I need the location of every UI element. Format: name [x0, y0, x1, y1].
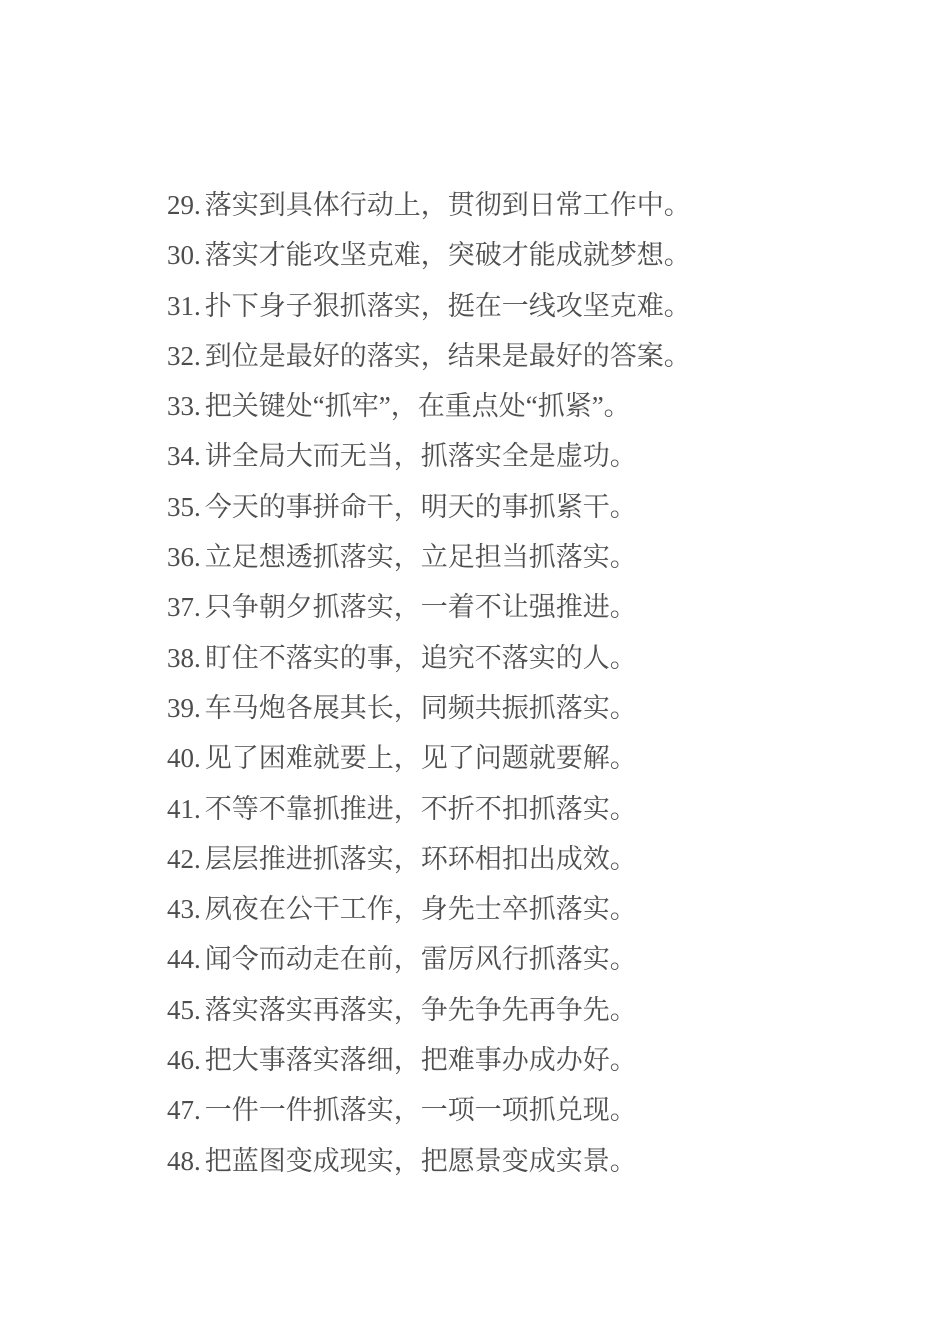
item-text: 今天的事拼命干，明天的事抓紧干。: [205, 492, 637, 522]
item-number: 41.: [167, 794, 201, 824]
list-item: 29.落实到具体行动上，贯彻到日常工作中。: [167, 180, 691, 230]
item-number: 40.: [167, 743, 201, 773]
item-text: 见了困难就要上，见了问题就要解。: [205, 743, 637, 773]
list-item: 44.闻令而动走在前，雷厉风行抓落实。: [167, 934, 691, 984]
list-item: 34.讲全局大而无当，抓落实全是虚功。: [167, 431, 691, 481]
item-number: 35.: [167, 492, 201, 522]
list-item: 30.落实才能攻坚克难，突破才能成就梦想。: [167, 230, 691, 280]
item-number: 43.: [167, 894, 201, 924]
item-text: 把蓝图变成现实，把愿景变成实景。: [205, 1146, 637, 1176]
item-number: 36.: [167, 542, 201, 572]
item-text: 闻令而动走在前，雷厉风行抓落实。: [205, 944, 637, 974]
list-item: 42.层层推进抓落实，环环相扣出成效。: [167, 834, 691, 884]
item-text: 讲全局大而无当，抓落实全是虚功。: [205, 441, 637, 471]
list-item: 35.今天的事拼命干，明天的事抓紧干。: [167, 482, 691, 532]
list-item: 33.把关键处“抓牢”，在重点处“抓紧”。: [167, 381, 691, 431]
list-item: 31.扑下身子狠抓落实，挺在一线攻坚克难。: [167, 281, 691, 331]
item-number: 37.: [167, 592, 201, 622]
item-text: 落实才能攻坚克难，突破才能成就梦想。: [205, 240, 691, 270]
item-text: 车马炮各展其长，同频共振抓落实。: [205, 693, 637, 723]
item-number: 44.: [167, 944, 201, 974]
numbered-list: 29.落实到具体行动上，贯彻到日常工作中。30.落实才能攻坚克难，突破才能成就梦…: [167, 180, 691, 1186]
item-number: 47.: [167, 1095, 201, 1125]
list-item: 39.车马炮各展其长，同频共振抓落实。: [167, 683, 691, 733]
item-number: 32.: [167, 341, 201, 371]
item-number: 34.: [167, 441, 201, 471]
item-text: 只争朝夕抓落实，一着不让强推进。: [205, 592, 637, 622]
item-number: 30.: [167, 240, 201, 270]
item-number: 48.: [167, 1146, 201, 1176]
item-text: 到位是最好的落实，结果是最好的答案。: [205, 341, 691, 371]
list-item: 45.落实落实再落实，争先争先再争先。: [167, 985, 691, 1035]
item-text: 扑下身子狠抓落实，挺在一线攻坚克难。: [205, 291, 691, 321]
item-number: 38.: [167, 643, 201, 673]
item-number: 29.: [167, 190, 201, 220]
item-text: 不等不靠抓推进，不折不扣抓落实。: [205, 794, 637, 824]
list-item: 43.夙夜在公干工作，身先士卒抓落实。: [167, 884, 691, 934]
list-item: 48.把蓝图变成现实，把愿景变成实景。: [167, 1136, 691, 1186]
list-item: 46.把大事落实落细，把难事办成办好。: [167, 1035, 691, 1085]
item-number: 46.: [167, 1045, 201, 1075]
item-text: 落实落实再落实，争先争先再争先。: [205, 995, 637, 1025]
list-item: 32.到位是最好的落实，结果是最好的答案。: [167, 331, 691, 381]
item-number: 31.: [167, 291, 201, 321]
item-text: 层层推进抓落实，环环相扣出成效。: [205, 844, 637, 874]
list-item: 47.一件一件抓落实，一项一项抓兑现。: [167, 1085, 691, 1135]
list-item: 38.盯住不落实的事，追究不落实的人。: [167, 633, 691, 683]
item-number: 33.: [167, 391, 201, 421]
item-text: 盯住不落实的事，追究不落实的人。: [205, 643, 637, 673]
list-item: 37.只争朝夕抓落实，一着不让强推进。: [167, 582, 691, 632]
list-item: 41.不等不靠抓推进，不折不扣抓落实。: [167, 784, 691, 834]
item-number: 42.: [167, 844, 201, 874]
list-item: 36.立足想透抓落实，立足担当抓落实。: [167, 532, 691, 582]
document-page: 29.落实到具体行动上，贯彻到日常工作中。30.落实才能攻坚克难，突破才能成就梦…: [0, 0, 950, 1344]
list-item: 40.见了困难就要上，见了问题就要解。: [167, 733, 691, 783]
item-text: 夙夜在公干工作，身先士卒抓落实。: [205, 894, 637, 924]
item-text: 把关键处“抓牢”，在重点处“抓紧”。: [205, 391, 631, 421]
item-text: 把大事落实落细，把难事办成办好。: [205, 1045, 637, 1075]
item-number: 39.: [167, 693, 201, 723]
item-text: 立足想透抓落实，立足担当抓落实。: [205, 542, 637, 572]
item-number: 45.: [167, 995, 201, 1025]
item-text: 一件一件抓落实，一项一项抓兑现。: [205, 1095, 637, 1125]
item-text: 落实到具体行动上，贯彻到日常工作中。: [205, 190, 691, 220]
